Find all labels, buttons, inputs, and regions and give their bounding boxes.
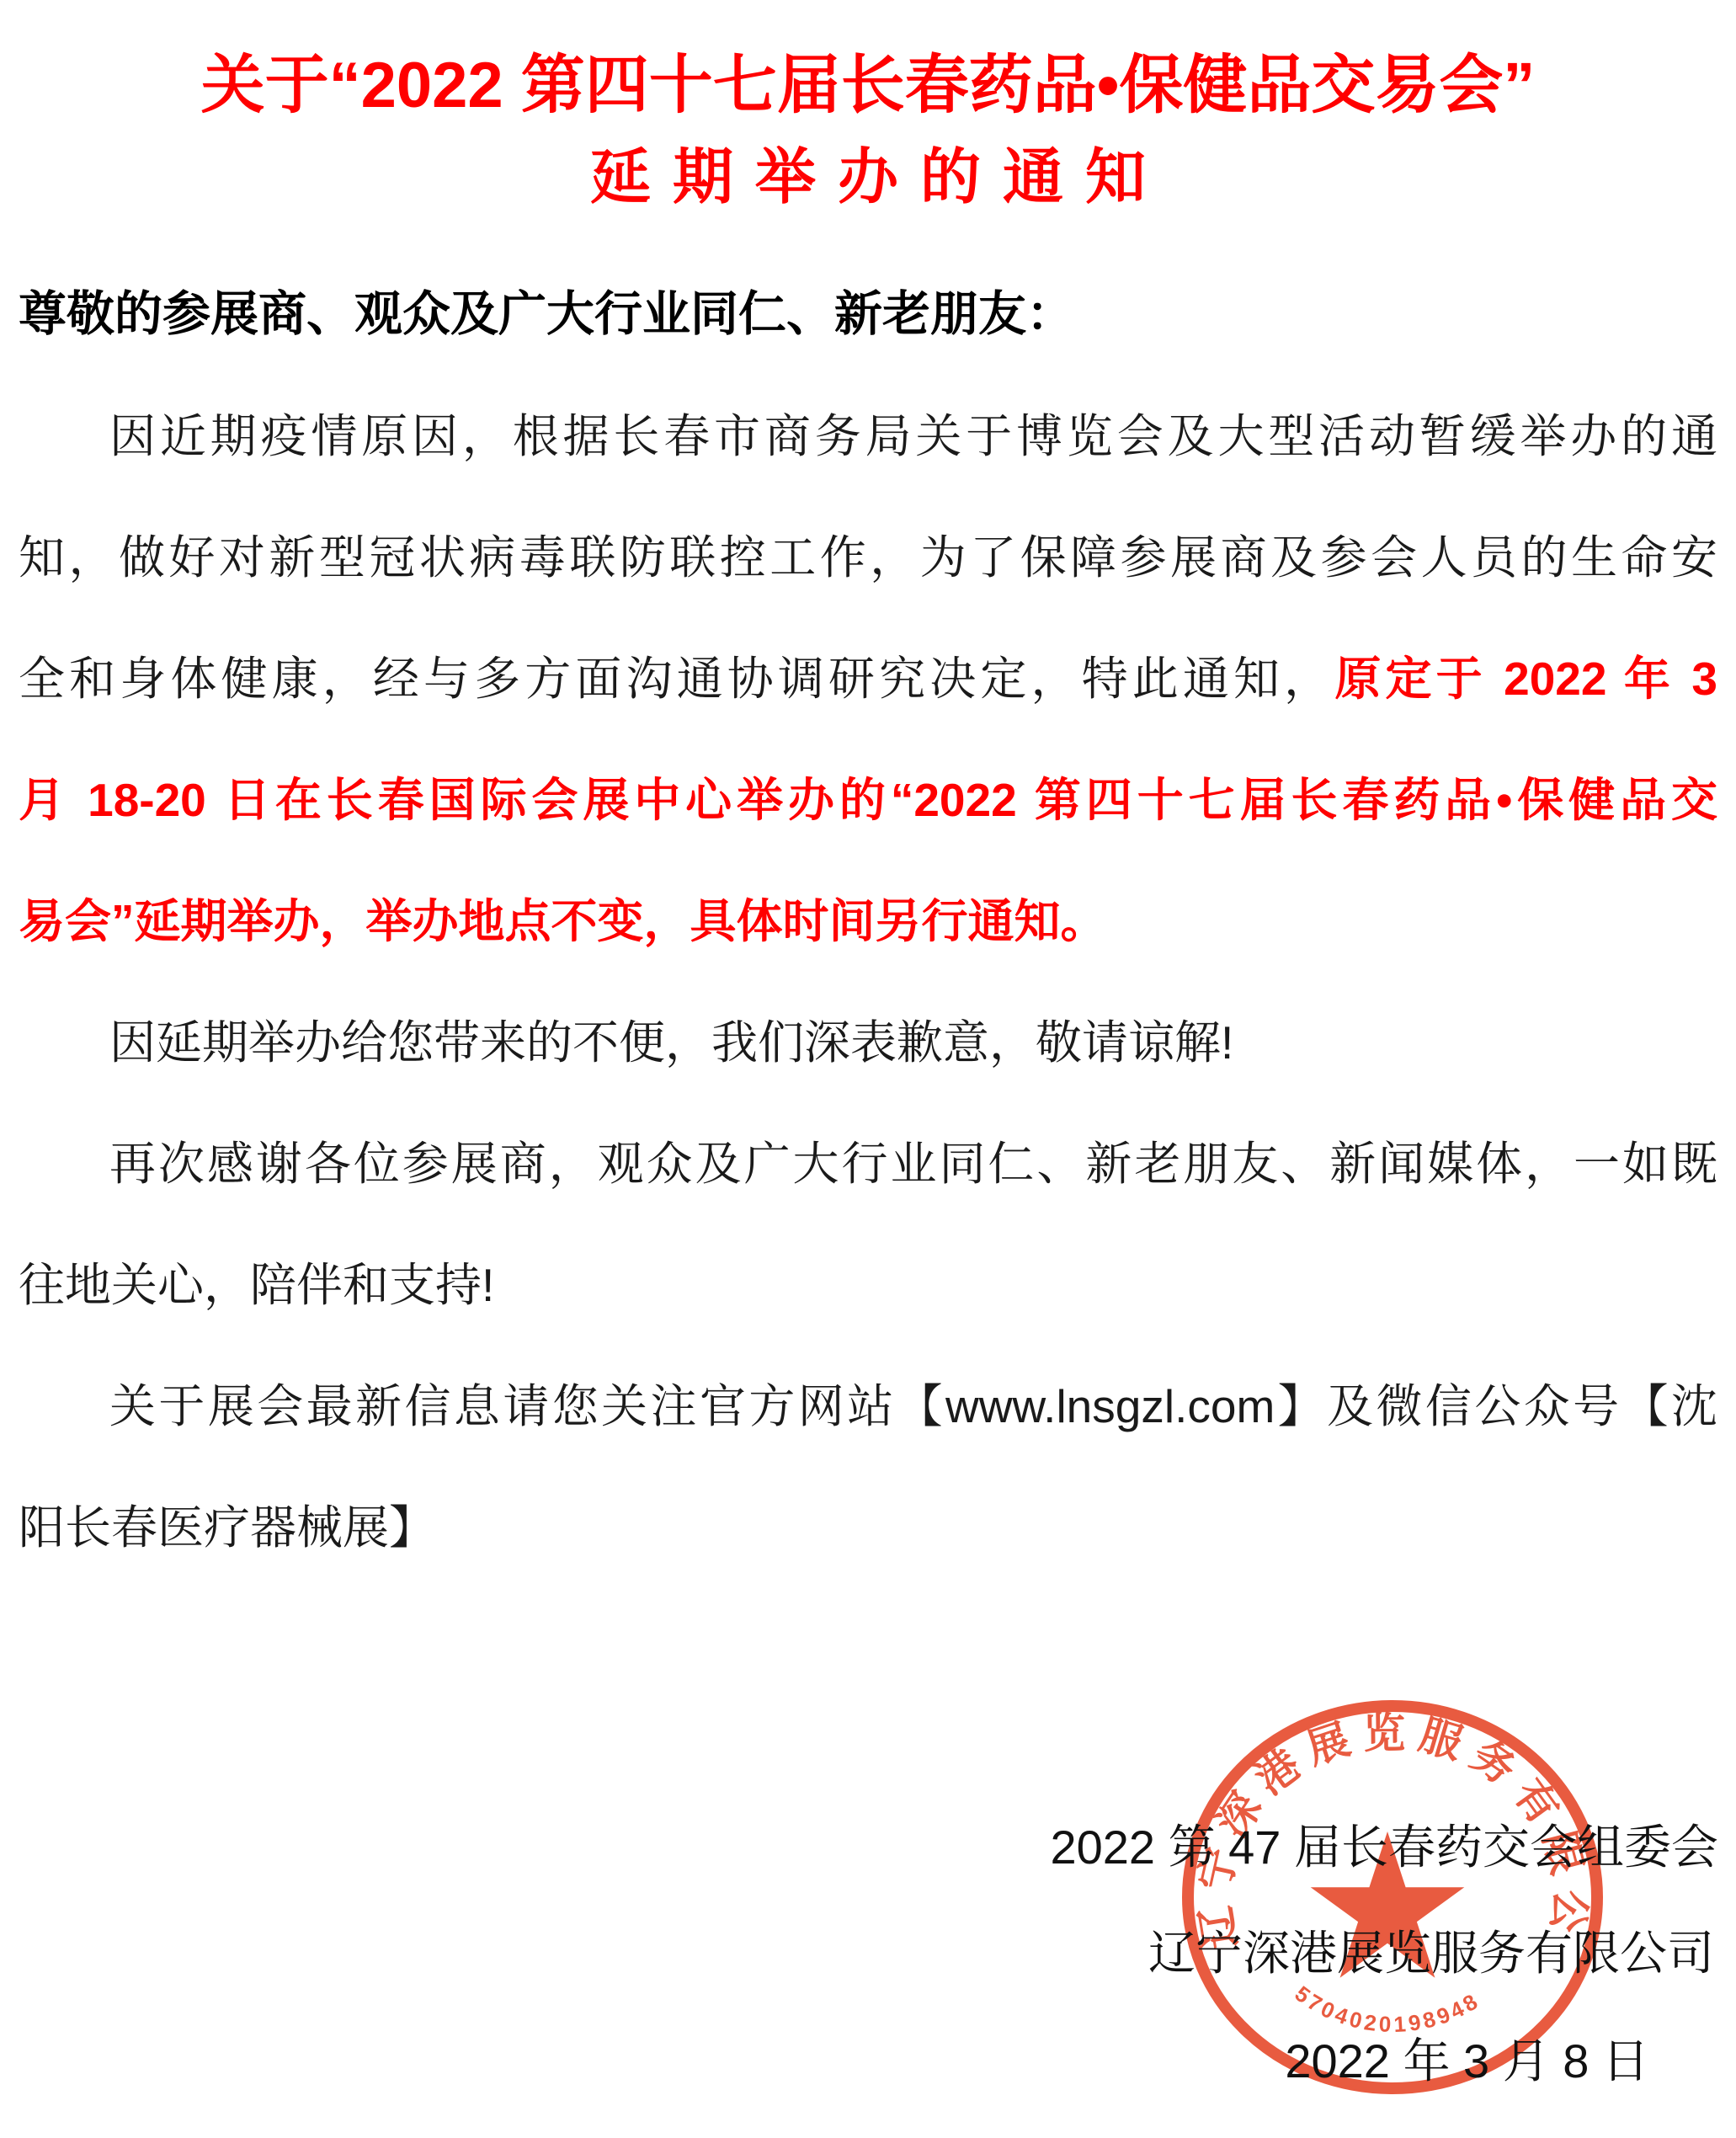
body-line-6: 因延期举办给您带来的不便，我们深表歉意，敬请谅解! [19,982,1717,1103]
document-page: 关于“2022 第四十七届长春药品•保健品交易会” 延期举办的通知 尊敬的参展商… [0,0,1736,2138]
body-line-2: 知，做好对新型冠状病毒联防联控工作，为了保障参展商及参会人员的生命安 [19,497,1717,618]
body-line-3-text: 全和身体健康，经与多方面沟通协调研究决定，特此通知， [19,653,1334,705]
body-line-3-highlight: 原定于 2022 年 3 [1334,653,1717,705]
body-line-10: 阳长春医疗器械展】 [19,1467,1717,1588]
body-line-7-text: 再次感谢各位参展商，观众及广大行业同仁、新老朋友、新闻媒体，一如既 [109,1138,1717,1190]
body-line-4-highlight: 月 18-20 日在长春国际会展中心举办的“2022 第四十七届长春药品•保健品… [19,774,1717,826]
signature-date: 2022 年 3 月 8 日 [1285,2024,1649,2092]
notice-title-line-1: 关于“2022 第四十七届长春药品•保健品交易会” [0,47,1736,124]
notice-title-line-2: 延期举办的通知 [11,141,1736,214]
body-line-5: 易会”延期举办，举办地点不变，具体时间另行通知。 [19,861,1717,982]
body-line-9: 关于展会最新信息请您关注官方网站【www.lnsgzl.com】及微信公众号【沈 [19,1346,1717,1467]
body-line-9-text: 关于展会最新信息请您关注官方网站【www.lnsgzl.com】及微信公众号【沈 [109,1380,1717,1432]
body-line-6-text: 因延期举办给您带来的不便，我们深表歉意，敬请谅解! [109,1016,1233,1069]
body-line-8-text: 往地关心，陪伴和支持! [19,1259,494,1311]
body-line-1-text: 因近期疫情原因，根据长春市商务局关于博览会及大型活动暂缓举办的通 [109,410,1717,462]
body-line-1: 因近期疫情原因，根据长春市商务局关于博览会及大型活动暂缓举办的通 [19,376,1717,497]
body-line-2-text: 知，做好对新型冠状病毒联防联控工作，为了保障参展商及参会人员的生命安 [19,531,1717,584]
salutation-line: 尊敬的参展商、观众及广大行业同仁、新老朋友： [19,275,1074,344]
notice-body: 因近期疫情原因，根据长春市商务局关于博览会及大型活动暂缓举办的通 知，做好对新型… [19,376,1717,1588]
body-line-4: 月 18-20 日在长春国际会展中心举办的“2022 第四十七届长春药品•保健品… [19,739,1717,861]
signature-committee: 2022 第 47 届长春药交会组委会 [1050,1810,1718,1878]
body-line-5-highlight: 易会”延期举办，举办地点不变，具体时间另行通知。 [19,895,1107,947]
signature-company: 辽宁深港展览服务有限公司 [1148,1917,1714,1984]
body-line-10-text: 阳长春医疗器械展】 [19,1501,435,1554]
body-line-3: 全和身体健康，经与多方面沟通协调研究决定，特此通知，原定于 2022 年 3 [19,618,1717,739]
body-line-7: 再次感谢各位参展商，观众及广大行业同仁、新老朋友、新闻媒体，一如既 [19,1103,1717,1224]
body-line-8: 往地关心，陪伴和支持! [19,1224,1717,1346]
